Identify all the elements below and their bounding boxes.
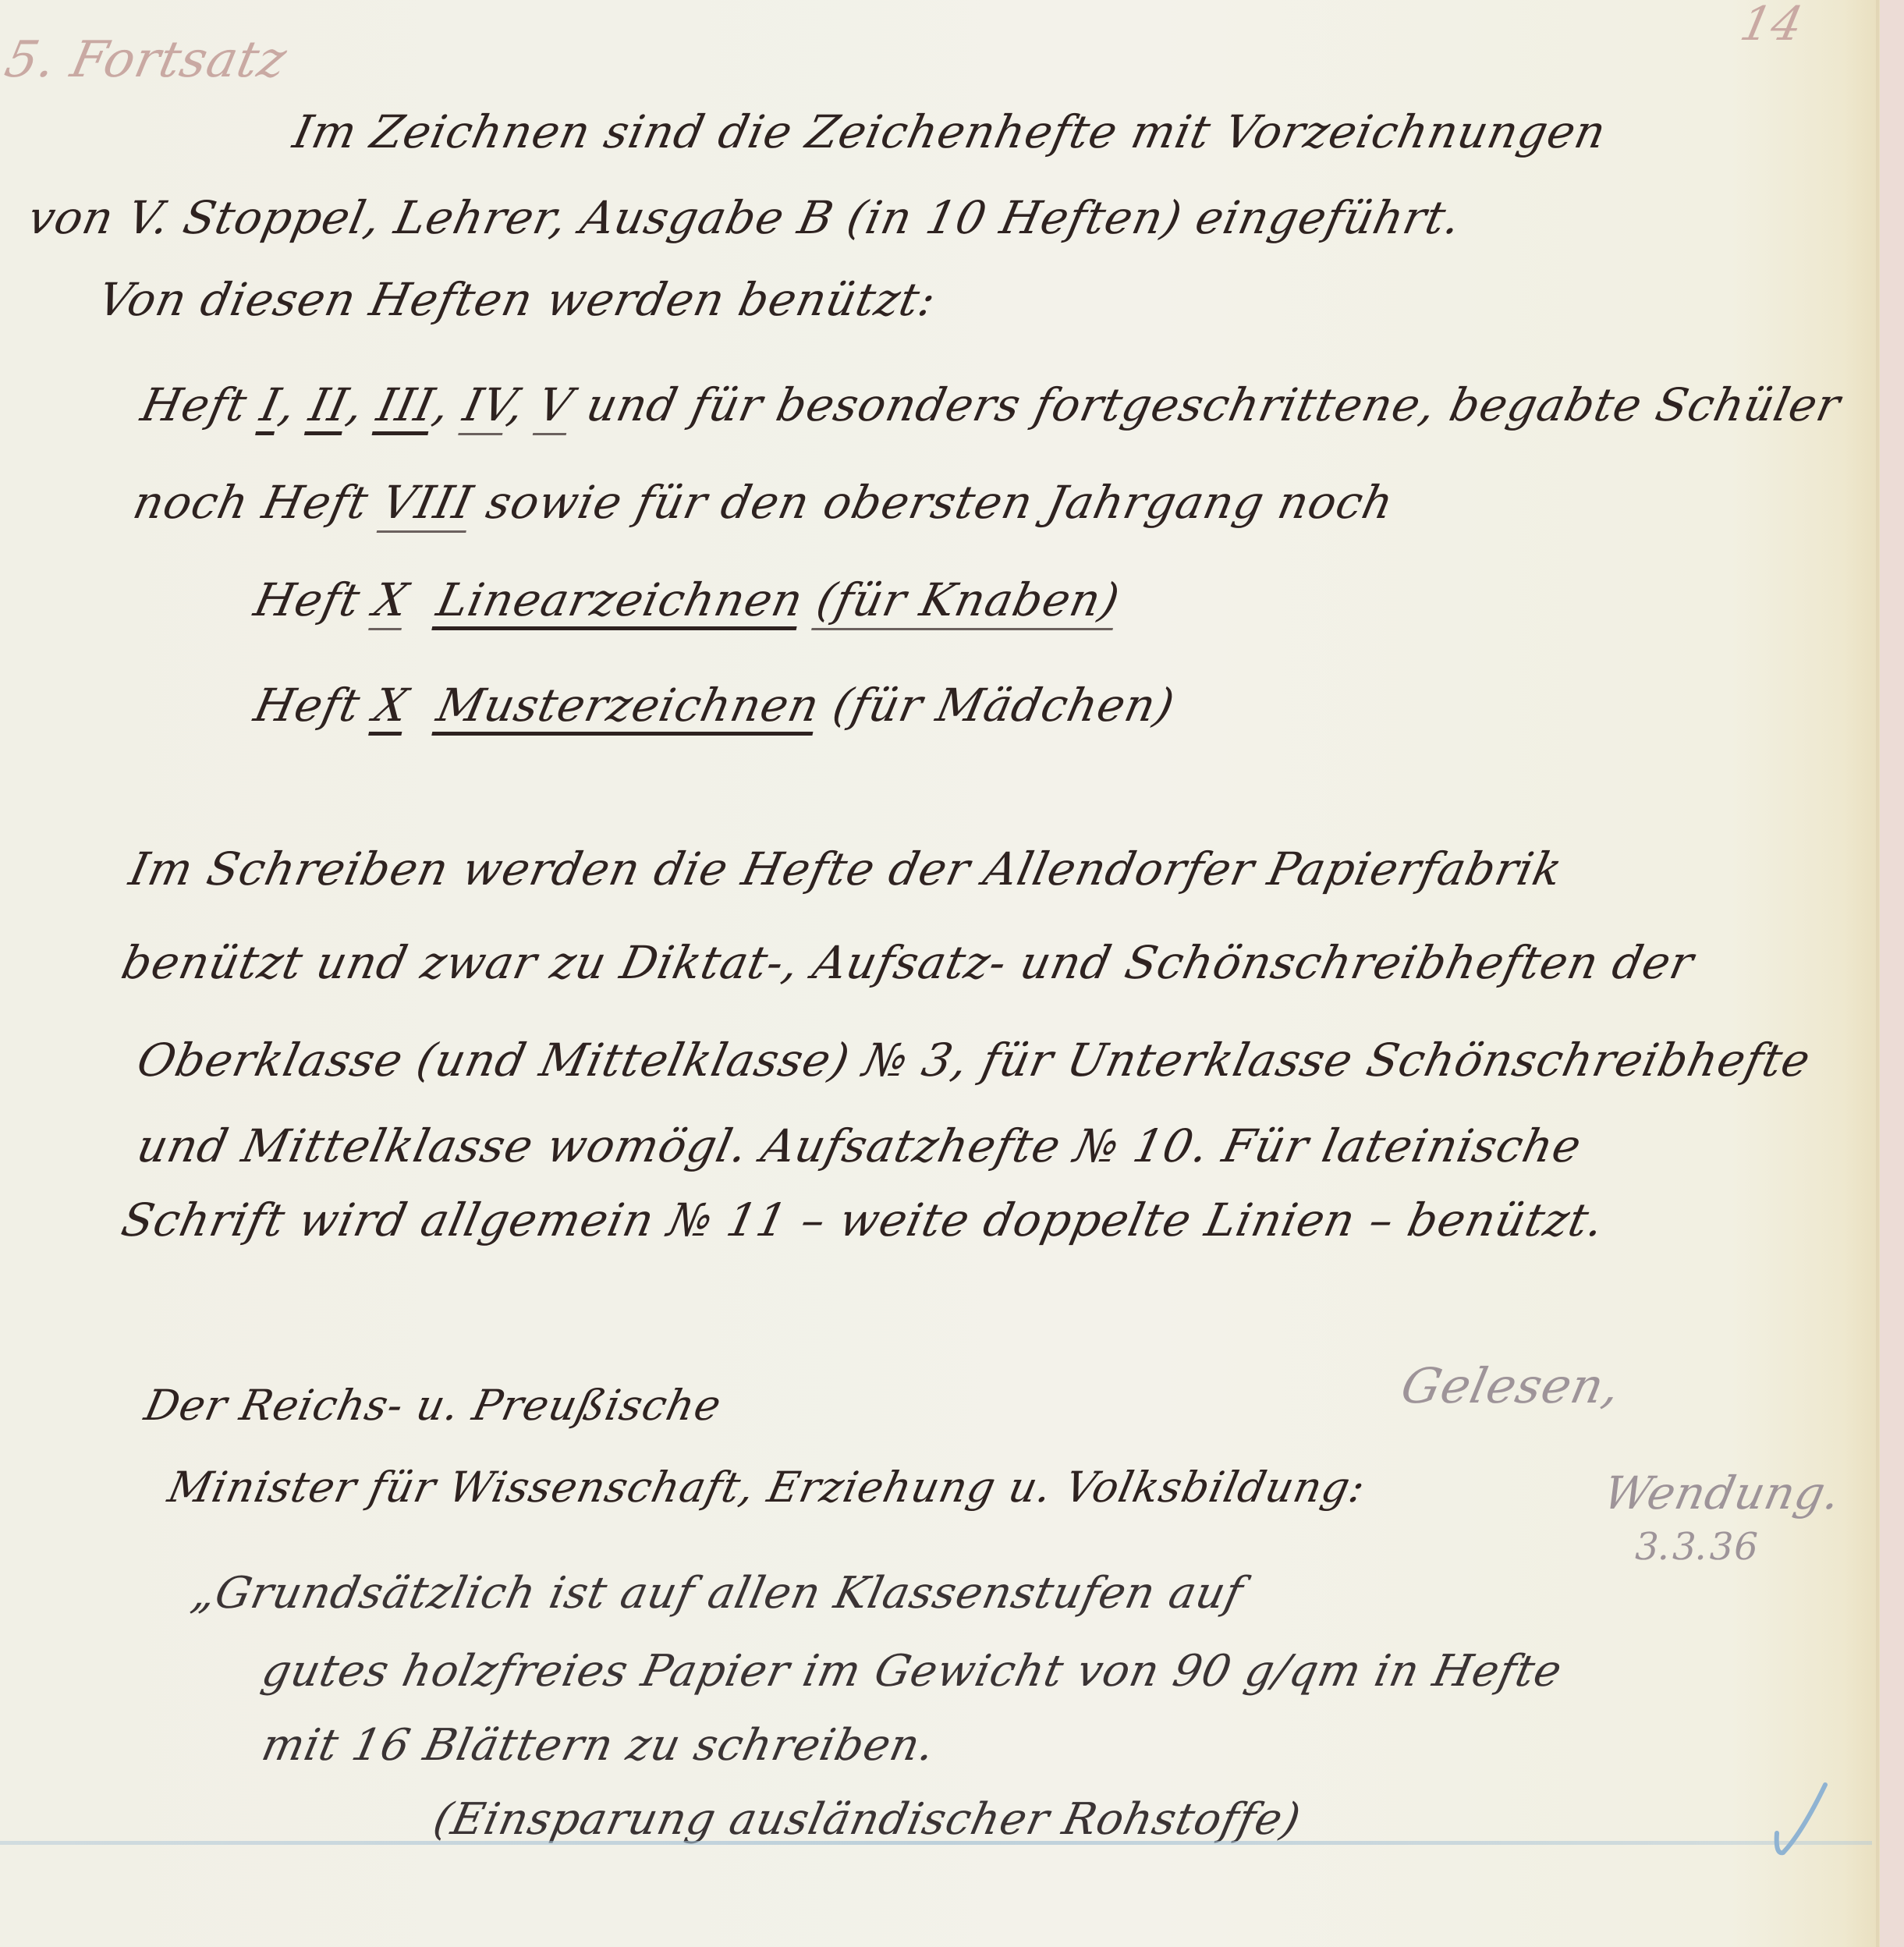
item-subject: Linearzeichnen xyxy=(432,573,808,626)
item-subject: Musterzeichnen xyxy=(432,679,824,732)
page-edge xyxy=(1876,0,1879,1947)
decree-line-1: Der Reichs- u. Preußische xyxy=(140,1381,726,1430)
drawing-line-2: von V. Stoppel, Lehrer, Ausgabe B (in 10… xyxy=(23,191,1466,244)
item-note: (für Knaben) xyxy=(812,573,1125,626)
annotation-date: 3.3.36 xyxy=(1630,1525,1764,1569)
numeral-iv: IV xyxy=(459,378,514,431)
margin-heading: 5. Fortsatz xyxy=(0,31,292,89)
item-numeral: X xyxy=(369,679,413,732)
read-mark: Gelesen, xyxy=(1396,1357,1626,1414)
decree-line-6: (Einsparung ausländischer Rohstoffe) xyxy=(429,1794,1306,1845)
checkmark-icon xyxy=(1771,1779,1833,1864)
drawing-item-muster: Heft X Musterzeichnen (für Mädchen) xyxy=(250,679,1179,732)
decree-line-5: mit 16 Blättern zu schreiben. xyxy=(257,1720,940,1771)
numeral-iii: III xyxy=(373,378,440,431)
signature: Wendung. xyxy=(1599,1466,1845,1520)
drawing-line-3: Von diesen Heften werden benützt: xyxy=(94,273,941,326)
blue-ruled-line xyxy=(0,1841,1872,1845)
numeral-v: V xyxy=(534,378,578,431)
drawing-line-4-suffix: und für besonders fortgeschrittene, bega… xyxy=(582,378,1845,431)
item-numeral: X xyxy=(369,573,413,626)
page-number: 14 xyxy=(1736,0,1808,51)
drawing-line-4: Heft I, II, III, IV, V und für besonders… xyxy=(137,378,1845,431)
document-page: 5. Fortsatz 14 Im Zeichnen sind die Zeic… xyxy=(0,0,1880,1947)
drawing-line-5: noch Heft VIII sowie für den obersten Ja… xyxy=(129,476,1399,529)
drawing-item-linear: Heft X Linearzeichnen (für Knaben) xyxy=(250,573,1125,626)
numeral-i: I xyxy=(256,378,285,431)
writing-line-2: benützt und zwar zu Diktat-, Aufsatz- un… xyxy=(117,936,1699,989)
writing-line-5: Schrift wird allgemein № 11 – weite dopp… xyxy=(117,1193,1609,1247)
numeral-ii: II xyxy=(305,378,353,431)
drawing-line-5-suffix: sowie für den obersten Jahrgang noch xyxy=(482,476,1399,529)
writing-line-3: Oberklasse (und Mittelklasse) № 3, für U… xyxy=(133,1034,1815,1087)
heft-label: Heft xyxy=(137,378,252,431)
item-label: Heft xyxy=(250,679,365,732)
writing-line-4: und Mittelklasse womögl. Aufsatzhefte № … xyxy=(133,1119,1587,1172)
item-note: (für Mädchen) xyxy=(828,679,1179,732)
writing-line-1: Im Schreiben werden die Hefte der Allend… xyxy=(125,842,1567,895)
decree-line-4: gutes holzfreies Papier im Gewicht von 9… xyxy=(257,1646,1566,1697)
decree-line-3: „Grundsätzlich ist auf allen Klassenstuf… xyxy=(187,1568,1248,1619)
numeral-viii: VIII xyxy=(378,476,478,529)
decree-line-2: Minister für Wissenschaft, Erziehung u. … xyxy=(164,1463,1370,1512)
noch-heft-label: noch Heft xyxy=(129,476,374,529)
item-label: Heft xyxy=(250,573,365,626)
drawing-line-1: Im Zeichnen sind die Zeichenhefte mit Vo… xyxy=(289,105,1611,158)
